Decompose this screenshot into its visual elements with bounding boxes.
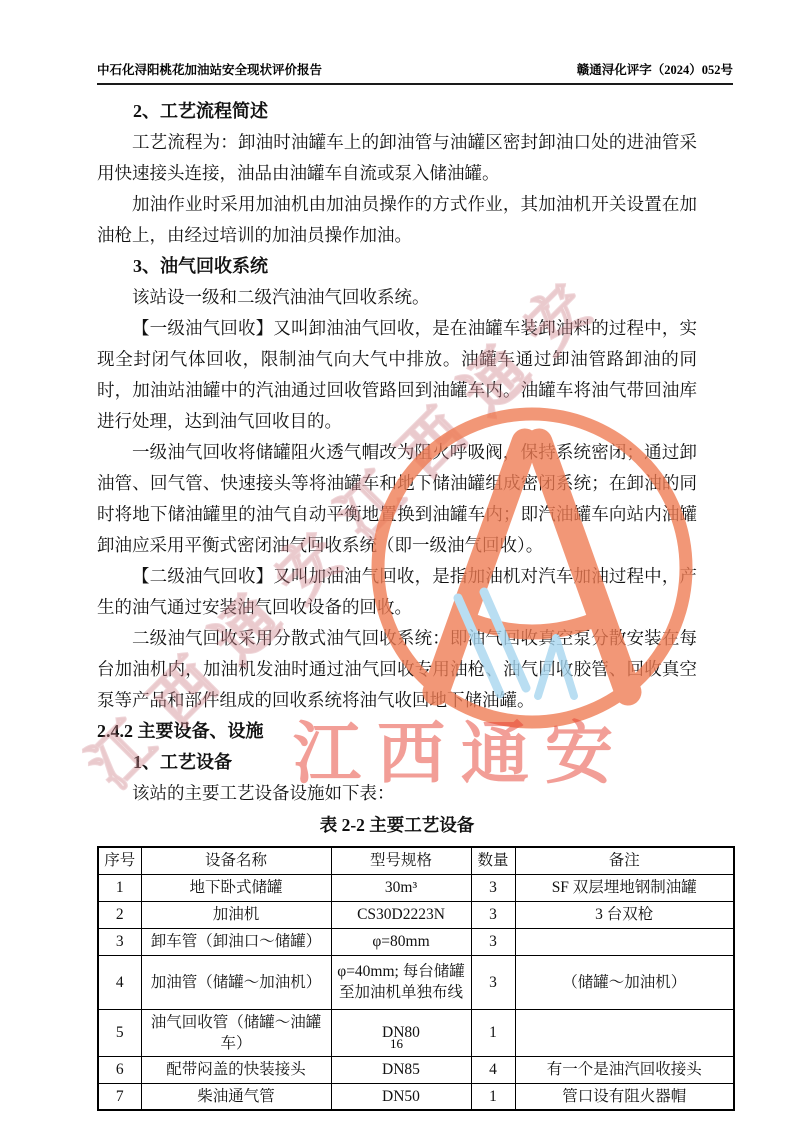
cell-name: 加油管（储罐～加油机） bbox=[141, 955, 331, 1009]
col-header-note: 备注 bbox=[515, 847, 734, 874]
header-document-number: 赣通浔化评字（2024）052号 bbox=[577, 60, 733, 78]
paragraph: 一级油气回收将储罐阻火透气帽改为阻火呼吸阀，保持系统密闭；通过卸油管、回气管、快… bbox=[97, 437, 697, 561]
cell-spec: φ=80mm bbox=[331, 928, 471, 955]
cell-name: 油气回收管（储罐～油罐车） bbox=[141, 1009, 331, 1056]
cell-seq: 2 bbox=[98, 901, 141, 928]
paragraph: 工艺流程为：卸油时油罐车上的卸油管与油罐区密封卸油口处的进油管采用快速接头连接，… bbox=[97, 127, 697, 189]
cell-qty: 3 bbox=[471, 955, 515, 1009]
cell-spec: φ=40mm; 每台储罐至加油机单独布线 bbox=[331, 955, 471, 1009]
table-row: 4 加油管（储罐～加油机） φ=40mm; 每台储罐至加油机单独布线 3 （储罐… bbox=[98, 955, 734, 1009]
table-row: 6 配带闷盖的快装接头 DN85 4 有一个是油汽回收接头 bbox=[98, 1056, 734, 1083]
document-body: 2、工艺流程简述 工艺流程为：卸油时油罐车上的卸油管与油罐区密封卸油口处的进油管… bbox=[97, 96, 697, 1111]
cell-qty: 3 bbox=[471, 901, 515, 928]
cell-seq: 5 bbox=[98, 1009, 141, 1056]
cell-qty: 3 bbox=[471, 874, 515, 901]
document-page: 中石化浔阳桃花加油站安全现状评价报告 赣通浔化评字（2024）052号 2、工艺… bbox=[0, 0, 793, 1122]
table-row: 5 油气回收管（储罐～油罐车） DN80 1 bbox=[98, 1009, 734, 1056]
cell-name: 地下卧式储罐 bbox=[141, 874, 331, 901]
paragraph: 【一级油气回收】又叫卸油油气回收，是在油罐车装卸油料的过程中，实现全封闭气体回收… bbox=[97, 313, 697, 437]
paragraph: 该站设一级和二级汽油油气回收系统。 bbox=[97, 282, 697, 313]
cell-seq: 6 bbox=[98, 1056, 141, 1083]
cell-note: 3 台双枪 bbox=[515, 901, 734, 928]
cell-note bbox=[515, 1009, 734, 1056]
col-header-seq: 序号 bbox=[98, 847, 141, 874]
cell-seq: 7 bbox=[98, 1083, 141, 1110]
paragraph: 该站的主要工艺设备设施如下表： bbox=[97, 778, 697, 809]
header-report-title: 中石化浔阳桃花加油站安全现状评价报告 bbox=[97, 60, 322, 78]
cell-qty: 3 bbox=[471, 928, 515, 955]
cell-name: 加油机 bbox=[141, 901, 331, 928]
cell-note: 有一个是油汽回收接头 bbox=[515, 1056, 734, 1083]
cell-qty: 1 bbox=[471, 1083, 515, 1110]
cell-name: 配带闷盖的快装接头 bbox=[141, 1056, 331, 1083]
table-row: 1 地下卧式储罐 30m³ 3 SF 双层埋地钢制油罐 bbox=[98, 874, 734, 901]
paragraph: 加油作业时采用加油机由加油员操作的方式作业，其加油机开关设置在加油枪上，由经过培… bbox=[97, 189, 697, 251]
cell-note: SF 双层埋地钢制油罐 bbox=[515, 874, 734, 901]
table-row: 7 柴油通气管 DN50 1 管口设有阻火器帽 bbox=[98, 1083, 734, 1110]
cell-spec: DN85 bbox=[331, 1056, 471, 1083]
table-row: 2 加油机 CS30D2223N 3 3 台双枪 bbox=[98, 901, 734, 928]
cell-note: （储罐～加油机） bbox=[515, 955, 734, 1009]
cell-spec: DN50 bbox=[331, 1083, 471, 1110]
cell-seq: 3 bbox=[98, 928, 141, 955]
paragraph: 【二级油气回收】又叫加油油气回收，是指加油机对汽车加油过程中，产生的油气通过安装… bbox=[97, 561, 697, 623]
section-heading: 1、工艺设备 bbox=[97, 747, 697, 778]
cell-spec: CS30D2223N bbox=[331, 901, 471, 928]
cell-note bbox=[515, 928, 734, 955]
cell-qty: 1 bbox=[471, 1009, 515, 1056]
cell-qty: 4 bbox=[471, 1056, 515, 1083]
col-header-name: 设备名称 bbox=[141, 847, 331, 874]
page-header: 中石化浔阳桃花加油站安全现状评价报告 赣通浔化评字（2024）052号 bbox=[97, 60, 733, 85]
col-header-spec: 型号规格 bbox=[331, 847, 471, 874]
table-row: 3 卸车管（卸油口～储罐） φ=80mm 3 bbox=[98, 928, 734, 955]
cell-seq: 1 bbox=[98, 874, 141, 901]
cell-seq: 4 bbox=[98, 955, 141, 1009]
col-header-qty: 数量 bbox=[471, 847, 515, 874]
table-header-row: 序号 设备名称 型号规格 数量 备注 bbox=[98, 847, 734, 874]
cell-spec: DN80 bbox=[331, 1009, 471, 1056]
cell-name: 卸车管（卸油口～储罐） bbox=[141, 928, 331, 955]
equipment-table: 序号 设备名称 型号规格 数量 备注 1 地下卧式储罐 30m³ 3 SF 双层… bbox=[97, 846, 735, 1111]
section-heading: 3、油气回收系统 bbox=[97, 251, 697, 282]
section-heading: 2、工艺流程简述 bbox=[97, 96, 697, 127]
section-heading-242: 2.4.2 主要设备、设施 bbox=[97, 716, 697, 747]
cell-note: 管口设有阻火器帽 bbox=[515, 1083, 734, 1110]
cell-spec: 30m³ bbox=[331, 874, 471, 901]
table-caption: 表 2-2 主要工艺设备 bbox=[97, 810, 697, 841]
cell-name: 柴油通气管 bbox=[141, 1083, 331, 1110]
paragraph: 二级油气回收采用分散式油气回收系统：即油气回收真空泵分散安装在每台加油机内，加油… bbox=[97, 623, 697, 716]
